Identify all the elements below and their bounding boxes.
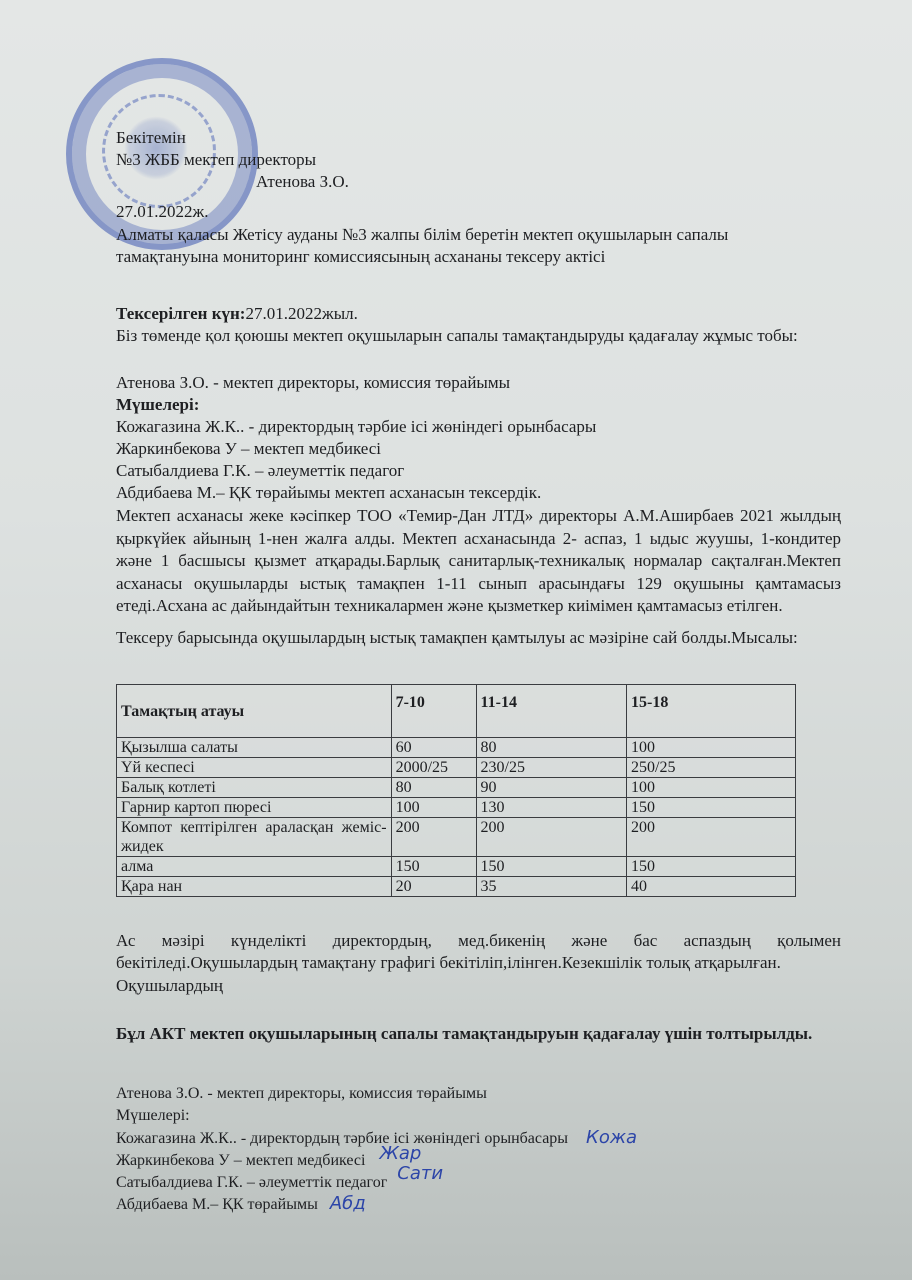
member-line: Кожагазина Ж.К.. - директордың тәрбие іс…: [116, 416, 596, 438]
trailing-text: Оқушылардың: [116, 975, 223, 997]
cell-value: 100: [627, 778, 796, 798]
handwritten-signature-icon: Кожа: [586, 1127, 637, 1148]
document-page: Бекітемін №3 ЖББ мектеп директоры Атенов…: [0, 0, 912, 1280]
cell-value: 40: [627, 877, 796, 897]
menu-table: Тамақтың атауы 7-10 11-14 15-18 Қызылша …: [116, 684, 796, 897]
cell-dish: Қара нан: [117, 877, 392, 897]
member-line: Жаркинбекова У – мектеп медбикесі: [116, 438, 381, 460]
cell-dish: алма: [117, 857, 392, 877]
signature-member-line: Жаркинбекова У – мектеп медбикесі Жар: [116, 1149, 421, 1172]
signature-member-text: Кожагазина Ж.К.. - директордың тәрбие іс…: [116, 1130, 568, 1147]
table-row: Қара нан 20 35 40: [117, 877, 796, 897]
table-header-row: Тамақтың атауы 7-10 11-14 15-18: [117, 685, 796, 738]
conclusion-paragraph: Бұл АКТ мектеп оқушыларының сапалы тамақ…: [116, 1022, 841, 1046]
inspection-date-value: 27.01.2022жыл.: [245, 304, 357, 323]
cell-dish: Компот кептірілген араласқан жеміс-жидек: [117, 818, 392, 857]
cell-value: 230/25: [476, 758, 627, 778]
members-label: Мүшелері:: [116, 394, 199, 416]
inspection-date-label: Тексерілген күн:: [116, 304, 245, 323]
cell-value: 250/25: [627, 758, 796, 778]
cell-value: 200: [391, 818, 476, 857]
member-line: Сатыбалдиева Г.К. – әлеуметтік педагог: [116, 460, 404, 482]
cell-value: 100: [627, 738, 796, 758]
header-age-11-14: 11-14: [476, 685, 627, 738]
inspection-date: Тексерілген күн:27.01.2022жыл.: [116, 303, 358, 325]
menu-approval-paragraph: Ас мәзірі күнделікті директордың, мед.би…: [116, 930, 841, 974]
signature-chair: Атенова З.О. - мектеп директоры, комисси…: [116, 1083, 487, 1105]
title-line-1: Алматы қаласы Жетісу ауданы №3 жалпы біл…: [116, 224, 841, 247]
document-title: Алматы қаласы Жетісу ауданы №3 жалпы біл…: [116, 224, 841, 247]
members-label-text: Мүшелері:: [116, 395, 199, 414]
handwritten-signature-icon: Сати: [397, 1163, 443, 1184]
cell-value: 80: [476, 738, 627, 758]
cell-value: 100: [391, 798, 476, 818]
canteen-paragraph: Мектеп асханасы жеке кәсіпкер ТОО «Темир…: [116, 505, 841, 618]
cell-value: 130: [476, 798, 627, 818]
cell-value: 200: [476, 818, 627, 857]
table-row: Компот кептірілген араласқан жеміс-жидек…: [117, 818, 796, 857]
intro-paragraph: Біз төменде қол қоюшы мектеп оқушыларын …: [116, 325, 841, 348]
cell-value: 90: [476, 778, 627, 798]
table-row: Балық котлеті 80 90 100: [117, 778, 796, 798]
member-line: Абдибаева М.– ҚК төрайымы мектеп асханас…: [116, 482, 541, 504]
table-row: Гарнир картоп пюресі 100 130 150: [117, 798, 796, 818]
cell-value: 80: [391, 778, 476, 798]
cell-value: 150: [627, 857, 796, 877]
inspection-paragraph: Тексеру барысында оқушылардың ыстық тама…: [116, 627, 841, 650]
signature-members-label: Мүшелері:: [116, 1105, 190, 1127]
cell-value: 2000/25: [391, 758, 476, 778]
approval-label: Бекітемін: [116, 127, 349, 149]
cell-value: 60: [391, 738, 476, 758]
title-line-2: тамақтануына мониторинг комиссиясының ас…: [116, 246, 605, 268]
approval-position: №3 ЖББ мектеп директоры: [116, 149, 349, 171]
handwritten-signature-icon: Абд: [330, 1193, 366, 1214]
table-row: Қызылша салаты 60 80 100: [117, 738, 796, 758]
signature-member-text: Жаркинбекова У – мектеп медбикесі: [116, 1152, 365, 1169]
table-row: Үй кеспесі 2000/25 230/25 250/25: [117, 758, 796, 778]
cell-value: 20: [391, 877, 476, 897]
cell-value: 150: [627, 798, 796, 818]
signature-member-line: Сатыбалдиева Г.К. – әлеуметтік педагог С…: [116, 1171, 443, 1194]
approval-name: Атенова З.О.: [116, 171, 349, 193]
signature-member-line: Абдибаева М.– ҚК төрайымы Абд: [116, 1193, 366, 1216]
header-age-7-10: 7-10: [391, 685, 476, 738]
table-row: алма 150 150 150: [117, 857, 796, 877]
header-dish-name: Тамақтың атауы: [117, 685, 392, 738]
cell-dish: Балық котлеті: [117, 778, 392, 798]
cell-dish: Қызылша салаты: [117, 738, 392, 758]
signature-member-text: Сатыбалдиева Г.К. – әлеуметтік педагог: [116, 1174, 387, 1191]
handwritten-signature-icon: Жар: [379, 1143, 421, 1164]
chair-line: Атенова З.О. - мектеп директоры, комисси…: [116, 372, 510, 394]
header-age-15-18: 15-18: [627, 685, 796, 738]
cell-dish: Үй кеспесі: [117, 758, 392, 778]
cell-dish: Гарнир картоп пюресі: [117, 798, 392, 818]
approval-date: 27.01.2022ж.: [116, 201, 349, 223]
signature-member-text: Абдибаева М.– ҚК төрайымы: [116, 1196, 318, 1213]
approval-block: Бекітемін №3 ЖББ мектеп директоры Атенов…: [116, 127, 349, 223]
cell-value: 150: [391, 857, 476, 877]
cell-value: 35: [476, 877, 627, 897]
cell-value: 150: [476, 857, 627, 877]
signature-member-line: Кожагазина Ж.К.. - директордың тәрбие іс…: [116, 1127, 637, 1150]
cell-value: 200: [627, 818, 796, 857]
